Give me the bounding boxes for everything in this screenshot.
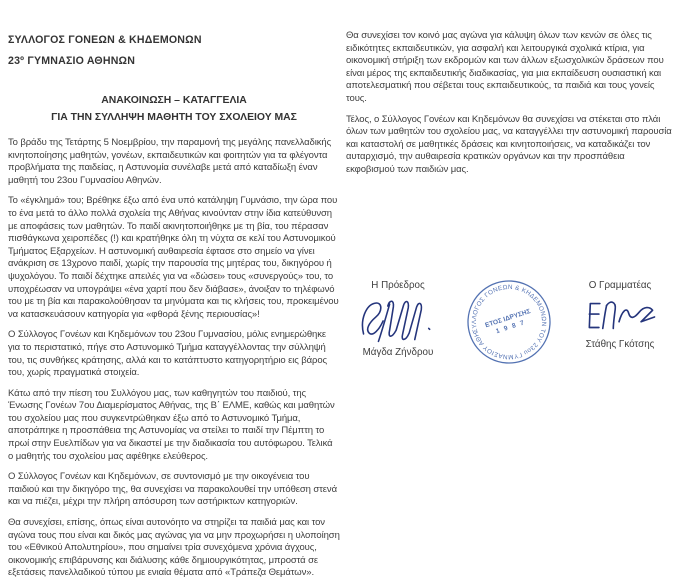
secretary-signature-block: Ο Γραμματέας Στάθης Γκότσης — [568, 280, 672, 350]
president-role: Η Πρόεδρος — [346, 280, 450, 291]
president-signature-block: Η Πρόεδρος Μάγδα Ζήνδρου — [346, 280, 450, 358]
announcement-title: ΑΝΑΚΟΙΝΩΣΗ – ΚΑΤΑΓΓΕΛΙΑ — [8, 95, 340, 106]
paragraph: Τέλος, ο Σύλλογος Γονέων και Κηδεμόνων θ… — [346, 114, 672, 177]
school-name: 23º ΓΥΜΝΑΣΙΟ ΑΘΗΝΩΝ — [8, 55, 340, 67]
secretary-signature-icon — [580, 293, 660, 339]
announcement-subtitle: ΓΙΑ ΤΗΝ ΣΥΛΛΗΨΗ ΜΑΘΗΤΗ ΤΟΥ ΣΧΟΛΕΙΟΥ ΜΑΣ — [8, 112, 340, 123]
paragraph: Ο Σύλλογος Γονέων και Κηδεμόνων του 23ου… — [8, 329, 340, 379]
president-name: Μάγδα Ζήνδρου — [346, 347, 450, 358]
president-signature-icon — [354, 293, 442, 347]
paragraph: Ο Σύλλογος Γονέων και Κηδεμόνων, σε συντ… — [8, 471, 340, 509]
right-column: Θα συνεχίσει τον κοινό μας αγώνα για κάλ… — [346, 30, 672, 185]
document-page: ΣΥΛΛΟΓΟΣ ΓΟΝΕΩΝ & ΚΗΔΕΜΟΝΩΝ 23º ΓΥΜΝΑΣΙΟ… — [0, 0, 677, 587]
secretary-name: Στάθης Γκότσης — [568, 339, 672, 350]
signature-row: Η Πρόεδρος Μάγδα Ζήνδρου — [346, 280, 672, 370]
secretary-role: Ο Γραμματέας — [568, 280, 672, 291]
association-stamp: ΣΥΛΛΟΓΟΣ ΓΟΝΕΩΝ & ΚΗΔΕΜΟΝΩΝ ΤΟΥ 23ου ΓΥΜ… — [461, 274, 557, 370]
paragraph: Το βράδυ της Τετάρτης 5 Νοεμβρίου, την π… — [8, 137, 340, 187]
paragraph: Θα συνεχίσει, επίσης, όπως είναι αυτονόη… — [8, 517, 340, 580]
org-name: ΣΥΛΛΟΓΟΣ ΓΟΝΕΩΝ & ΚΗΔΕΜΟΝΩΝ — [8, 34, 340, 46]
svg-text:ΣΥΛΛΟΓΟΣ ΓΟΝΕΩΝ & ΚΗΔΕΜΟΝΩΝ ΤΟ: ΣΥΛΛΟΓΟΣ ΓΟΝΕΩΝ & ΚΗΔΕΜΟΝΩΝ ΤΟΥ 23ου ΓΥΜ… — [462, 274, 556, 370]
stamp-ring-text: ΣΥΛΛΟΓΟΣ ΓΟΝΕΩΝ & ΚΗΔΕΜΟΝΩΝ ΤΟΥ 23ου ΓΥΜ… — [462, 274, 556, 370]
left-column: ΣΥΛΛΟΓΟΣ ΓΟΝΕΩΝ & ΚΗΔΕΜΟΝΩΝ 23º ΓΥΜΝΑΣΙΟ… — [8, 34, 340, 587]
paragraph: Θα συνεχίσει τον κοινό μας αγώνα για κάλ… — [346, 30, 672, 106]
stamp-seal-icon: ΣΥΛΛΟΓΟΣ ΓΟΝΕΩΝ & ΚΗΔΕΜΟΝΩΝ ΤΟΥ 23ου ΓΥΜ… — [462, 274, 556, 370]
paragraph: Το «έγκλημά» του; Βρέθηκε έξω από ένα υπ… — [8, 195, 340, 321]
paragraph: Κάτω από την πίεση του Συλλόγου μας, των… — [8, 388, 340, 464]
